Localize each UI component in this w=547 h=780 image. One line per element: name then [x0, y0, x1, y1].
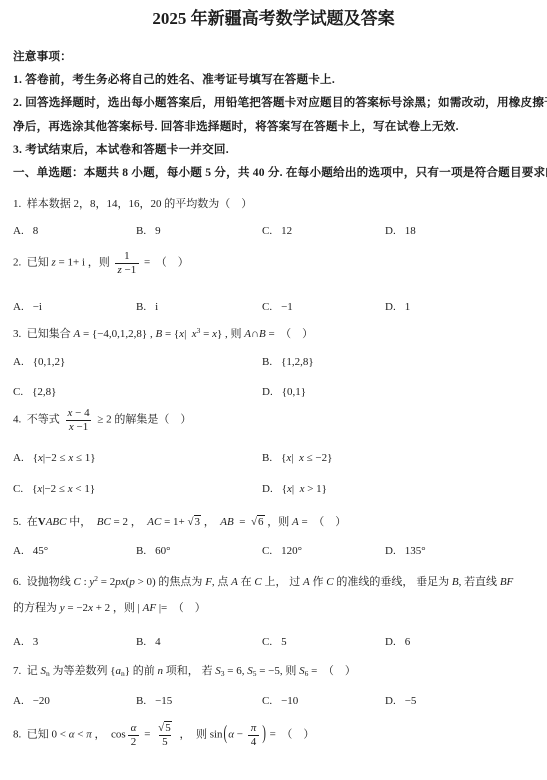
option-label: C.: [262, 695, 272, 707]
question-4-option-b: B.{x| x ≤ −2}: [262, 452, 332, 464]
question-6-stem-line-2: 的方程为 y = −2x + 2 ，则 | AF |= （ ）: [13, 602, 206, 616]
option-label: A.: [13, 225, 24, 237]
option-value: {x| x > 1}: [282, 483, 327, 495]
question-5-option-a: A.45°: [13, 545, 48, 557]
question-7-option-d: D.−5: [385, 695, 416, 707]
question-4-options-ab: A.{x|−2 ≤ x ≤ 1} B.{x| x ≤ −2}: [0, 452, 547, 470]
option-value: 60°: [155, 545, 170, 557]
option-value: 12: [281, 225, 292, 237]
option-value: −1: [281, 301, 293, 313]
option-value: −20: [33, 695, 50, 707]
question-1-options: A.8 B.9 C.12 D.18: [0, 225, 547, 243]
option-label: B.: [136, 636, 146, 648]
question-5-option-b: B.60°: [136, 545, 171, 557]
question-3-stem: 3. 已知集合 A = {−4,0,1,2,8} , B = {x| x3 = …: [13, 326, 313, 342]
option-value: 120°: [281, 545, 302, 557]
option-value: 6: [405, 636, 411, 648]
question-3-options-ab: A.{0,1,2} B.{1,2,8}: [0, 356, 547, 374]
option-label: D.: [385, 695, 396, 707]
option-label: A.: [13, 356, 24, 368]
option-value: {2,8}: [32, 386, 56, 398]
option-value: {0,1}: [282, 386, 306, 398]
option-value: {0,1,2}: [33, 356, 66, 368]
question-5-stem: 5. 在VABC 中， BC = 2 ， AC = 1+ √3 ， AB = √…: [13, 516, 346, 530]
question-6-stem-line-1: 6. 设抛物线 C : y2 = 2px(p > 0) 的焦点为 F, 点 A …: [13, 574, 513, 590]
question-2-options: A.−i B.i C.−1 D.1: [0, 301, 547, 319]
option-value: 8: [33, 225, 39, 237]
option-label: B.: [136, 301, 146, 313]
option-label: B.: [262, 452, 272, 464]
option-label: C.: [13, 483, 23, 495]
option-value: 5: [281, 636, 287, 648]
option-value: 1: [405, 301, 411, 313]
question-1-option-b: B.9: [136, 225, 161, 237]
question-7-options: A.−20 B.−15 C.−10 D.−5: [0, 695, 547, 713]
question-1-option-c: C.12: [262, 225, 292, 237]
option-label: A.: [13, 695, 24, 707]
option-label: D.: [262, 483, 273, 495]
exam-page: 2025 年新疆高考数学试题及答案 注意事项： 1. 答卷前，考生务必将自己的姓…: [0, 0, 547, 780]
question-6-option-b: B.4: [136, 636, 161, 648]
option-value: −10: [281, 695, 298, 707]
option-value: −i: [33, 301, 42, 313]
option-label: D.: [262, 386, 273, 398]
option-label: C.: [262, 225, 272, 237]
question-5-option-c: C.120°: [262, 545, 302, 557]
notice-line-3: 3. 考试结束后，本试卷和答题卡一并交回.: [13, 143, 229, 157]
question-2-option-c: C.−1: [262, 301, 293, 313]
question-5-options: A.45° B.60° C.120° D.135°: [0, 545, 547, 563]
question-7-option-c: C.−10: [262, 695, 298, 707]
option-value: −15: [155, 695, 172, 707]
question-3-option-c: C.{2,8}: [13, 386, 56, 398]
option-label: A.: [13, 452, 24, 464]
option-value: 18: [405, 225, 416, 237]
option-label: C.: [262, 545, 272, 557]
question-2-option-b: B.i: [136, 301, 158, 313]
option-label: C.: [262, 636, 272, 648]
question-4-option-d: D.{x| x > 1}: [262, 483, 327, 495]
question-3-option-b: B.{1,2,8}: [262, 356, 314, 368]
question-1-option-d: D.18: [385, 225, 416, 237]
option-label: A.: [13, 545, 24, 557]
question-4-options-cd: C.{x|−2 ≤ x < 1} D.{x| x > 1}: [0, 483, 547, 501]
option-value: 45°: [33, 545, 48, 557]
option-value: 135°: [405, 545, 426, 557]
option-label: D.: [385, 301, 396, 313]
option-value: {x|−2 ≤ x < 1}: [32, 483, 95, 495]
option-label: D.: [385, 225, 396, 237]
question-3-option-a: A.{0,1,2}: [13, 356, 65, 368]
option-label: B.: [262, 356, 272, 368]
page-title: 2025 年新疆高考数学试题及答案: [0, 8, 547, 29]
option-value: {1,2,8}: [281, 356, 314, 368]
option-value: −5: [405, 695, 417, 707]
question-6-option-a: A.3: [13, 636, 38, 648]
question-6-option-c: C.5: [262, 636, 287, 648]
question-8-stem: 8. 已知 0 < α < π ， cosα2 = √55 ， 则 sin(α …: [13, 722, 314, 748]
option-value: {x| x ≤ −2}: [281, 452, 332, 464]
option-label: C.: [262, 301, 272, 313]
question-4-option-a: A.{x|−2 ≤ x ≤ 1}: [13, 452, 96, 464]
notice-header: 注意事项：: [13, 50, 72, 64]
question-7-option-a: A.−20: [13, 695, 50, 707]
question-1-stem: 1. 样本数据 2，8，14，16，20 的平均数为（ ）: [13, 198, 252, 212]
question-7-stem: 7. 记 Sn 为等差数列 {an} 的前 n 项和， 若 S3 = 6, S5…: [13, 665, 356, 679]
question-5-option-d: D.135°: [385, 545, 426, 557]
question-7-option-b: B.−15: [136, 695, 172, 707]
option-value: 9: [155, 225, 161, 237]
notice-line-1: 1. 答卷前，考生务必将自己的姓名、准考证号填写在答题卡上.: [13, 73, 335, 87]
option-label: B.: [136, 545, 146, 557]
option-label: B.: [136, 225, 146, 237]
question-6-options: A.3 B.4 C.5 D.6: [0, 636, 547, 654]
option-label: A.: [13, 636, 24, 648]
notice-line-2a: 2. 回答选择题时，选出每小题答案后，用铅笔把答题卡对应题目的答案标号涂黑；如需…: [13, 96, 547, 110]
section-header: 一、单选题：本题共 8 小题，每小题 5 分，共 40 分. 在每小题给出的选项…: [13, 166, 547, 180]
question-2-option-d: D.1: [385, 301, 410, 313]
question-4-stem: 4. 不等式 x − 4x −1 ≥ 2 的解集是（ ）: [13, 407, 191, 433]
option-label: A.: [13, 301, 24, 313]
option-value: {x|−2 ≤ x ≤ 1}: [33, 452, 96, 464]
option-label: C.: [13, 386, 23, 398]
question-1-option-a: A.8: [13, 225, 38, 237]
option-label: D.: [385, 636, 396, 648]
option-label: D.: [385, 545, 396, 557]
question-3-option-d: D.{0,1}: [262, 386, 306, 398]
question-2-option-a: A.−i: [13, 301, 42, 313]
question-2-stem: 2. 已知 z = 1+ i ，则 1z −1 = （ ）: [13, 250, 189, 276]
option-value: 4: [155, 636, 161, 648]
notice-line-2b: 净后，再选涂其他答案标号. 回答非选择题时，将答案写在答题卡上，写在试卷上无效.: [13, 120, 459, 134]
option-value: i: [155, 301, 158, 313]
question-4-option-c: C.{x|−2 ≤ x < 1}: [13, 483, 95, 495]
question-6-option-d: D.6: [385, 636, 410, 648]
option-value: 3: [33, 636, 39, 648]
question-3-options-cd: C.{2,8} D.{0,1}: [0, 386, 547, 404]
option-label: B.: [136, 695, 146, 707]
